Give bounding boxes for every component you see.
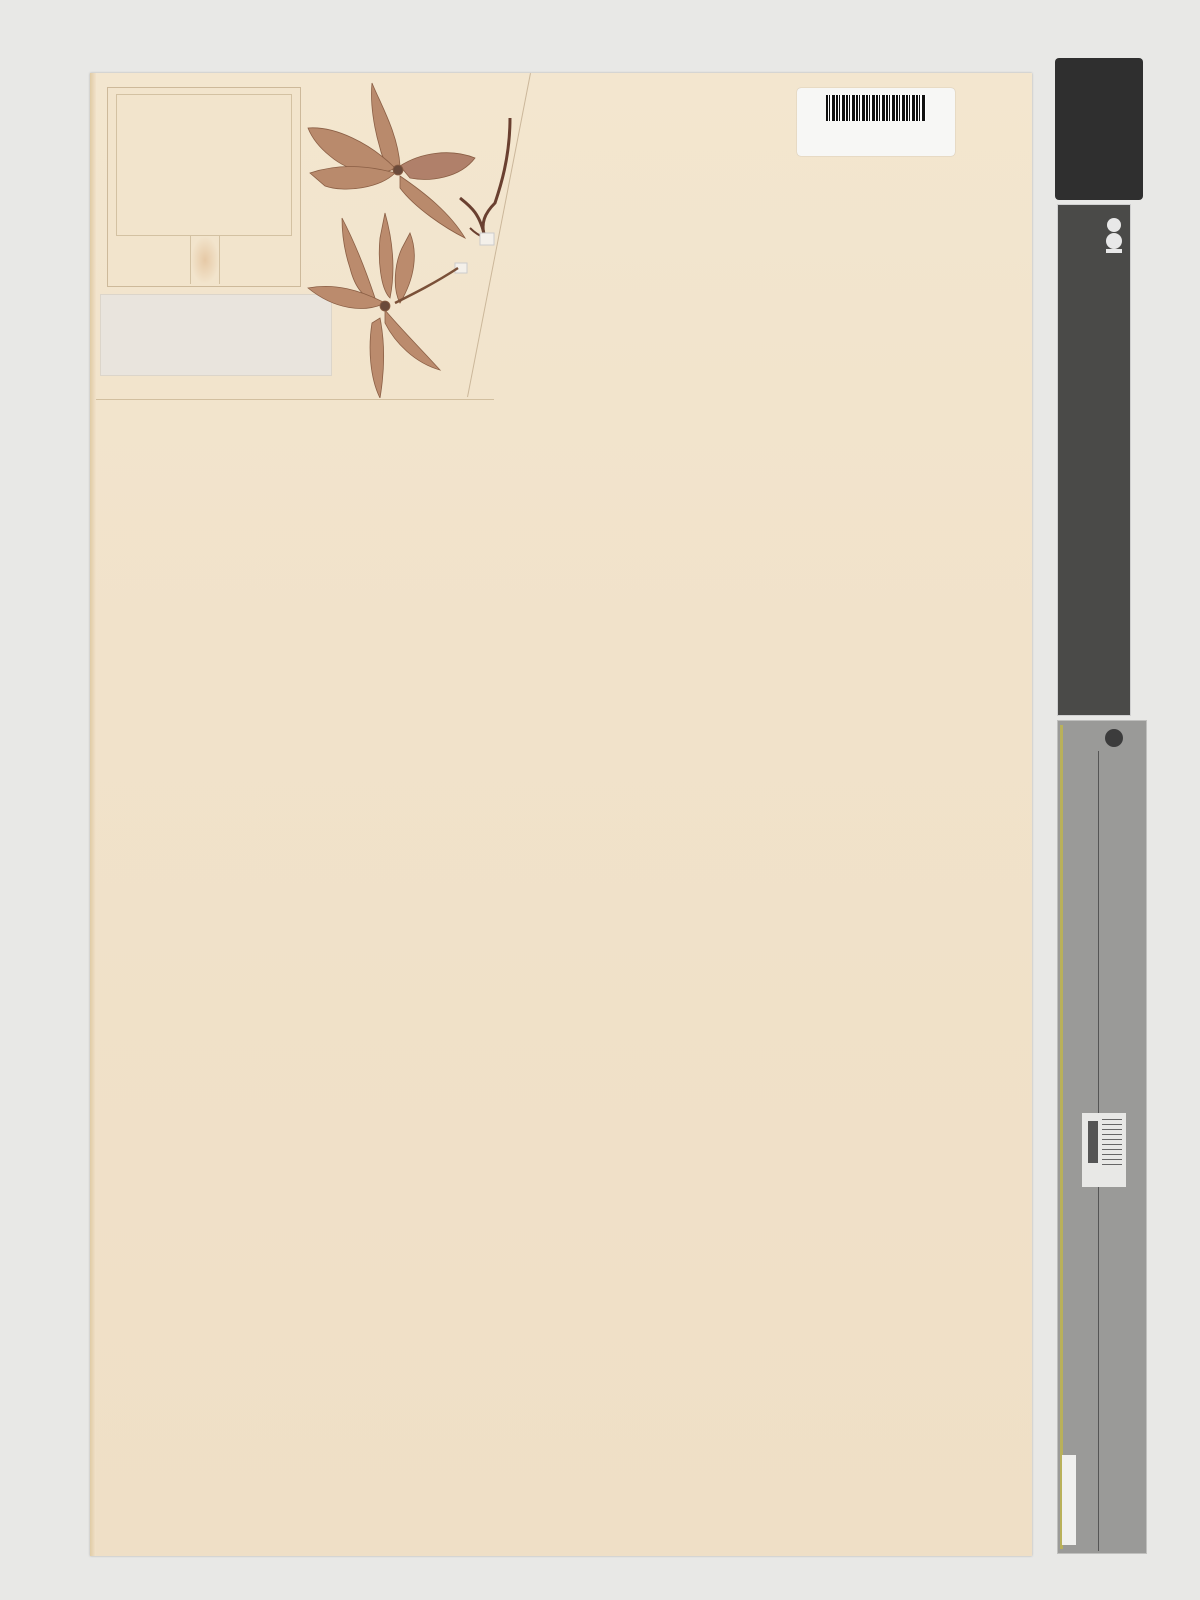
barcode-label — [797, 88, 955, 156]
packet-flap — [116, 94, 292, 236]
flower-lower — [308, 213, 440, 398]
ruler-numbers — [1096, 351, 1114, 713]
label-divider — [96, 399, 494, 400]
target-ticks — [1102, 1119, 1122, 1165]
sheet-edge — [90, 73, 96, 1556]
kew-crest-icon — [1103, 213, 1125, 255]
packet-tab — [190, 236, 220, 284]
resolution-target — [1082, 1113, 1126, 1187]
flower-stem — [460, 118, 510, 238]
target-dark-bar — [1088, 1121, 1098, 1163]
fragment-packet — [107, 87, 301, 287]
flower-upper — [308, 83, 475, 238]
yellow-stripe — [1060, 725, 1063, 1549]
colour-checker-card — [1055, 58, 1143, 200]
ruler-blocks — [1058, 351, 1092, 713]
kew-logo-text — [1092, 253, 1132, 363]
target-code — [1062, 1455, 1076, 1545]
kew-cm-scale — [1057, 204, 1131, 716]
determination-slip — [100, 294, 332, 376]
copyright-text — [1114, 351, 1128, 681]
herbarium-sheet — [90, 73, 1032, 1556]
target-dot — [1105, 729, 1123, 747]
dried-orchid-flowers — [300, 78, 530, 398]
mounting-strap — [480, 233, 494, 245]
barcode-icon — [826, 95, 926, 121]
colour-density-target — [1057, 720, 1147, 1554]
